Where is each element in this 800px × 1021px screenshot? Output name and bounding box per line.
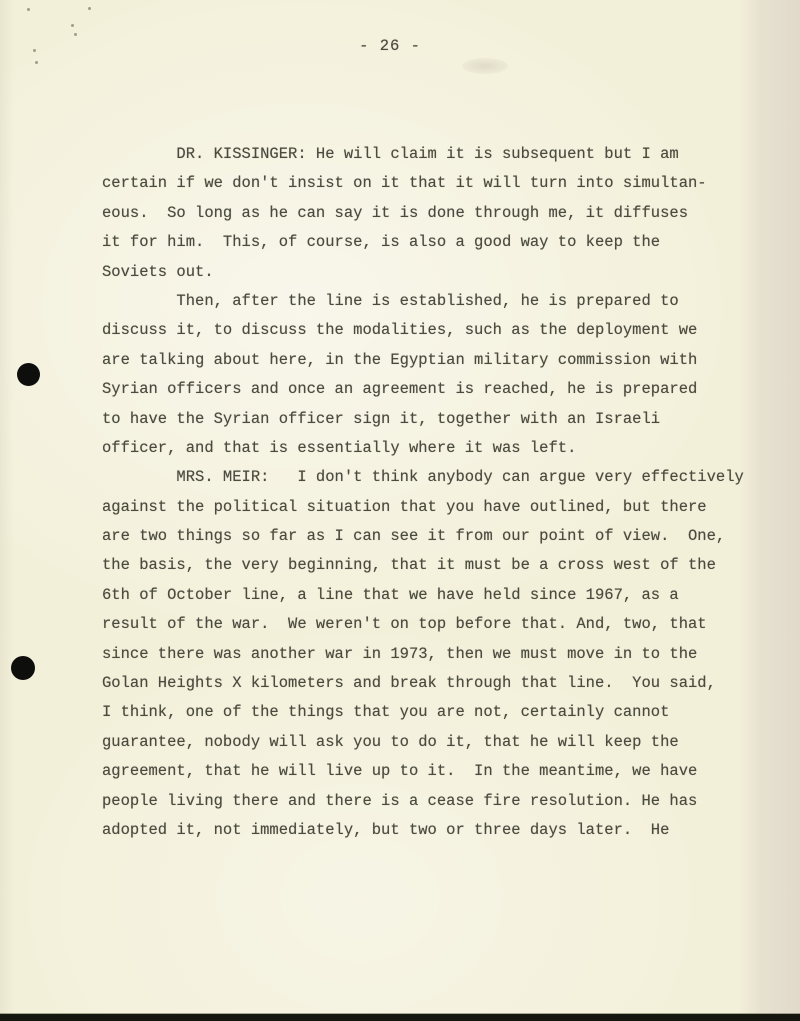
scan-smudge [462, 58, 508, 74]
text-line: agreement, that he will live up to it. I… [102, 757, 762, 786]
text-line: Syrian officers and once an agreement is… [102, 375, 762, 404]
text-line: officer, and that is essentially where i… [102, 434, 762, 463]
document-text: DR. KISSINGER: He will claim it is subse… [102, 140, 762, 845]
text-line: Soviets out. [102, 258, 762, 287]
text-line: discuss it, to discuss the modalities, s… [102, 316, 762, 345]
hole-punch-top [17, 363, 40, 386]
text-line: 6th of October line, a line that we have… [102, 581, 762, 610]
page-edge-shadow-left [0, 0, 14, 1021]
text-line: MRS. MEIR: I don't think anybody can arg… [102, 463, 762, 492]
speckle [35, 61, 38, 64]
text-line: against the political situation that you… [102, 493, 762, 522]
page-number: - 26 - [330, 37, 450, 55]
speckle [71, 24, 74, 27]
scan-bottom-edge [0, 1014, 800, 1021]
text-line: Golan Heights X kilometers and break thr… [102, 669, 762, 698]
text-line: it for him. This, of course, is also a g… [102, 228, 762, 257]
text-line: the basis, the very beginning, that it m… [102, 551, 762, 580]
scanned-page: - 26 - DR. KISSINGER: He will claim it i… [0, 0, 800, 1021]
speckle [27, 8, 30, 11]
text-line: certain if we don't insist on it that it… [102, 169, 762, 198]
text-line: adopted it, not immediately, but two or … [102, 816, 762, 845]
text-line: result of the war. We weren't on top bef… [102, 610, 762, 639]
text-line: DR. KISSINGER: He will claim it is subse… [102, 140, 762, 169]
text-line: people living there and there is a cease… [102, 787, 762, 816]
speckle [74, 33, 77, 36]
text-line: I think, one of the things that you are … [102, 698, 762, 727]
speckle [33, 49, 36, 52]
text-line: to have the Syrian officer sign it, toge… [102, 405, 762, 434]
text-line: since there was another war in 1973, the… [102, 640, 762, 669]
text-line: are two things so far as I can see it fr… [102, 522, 762, 551]
text-line: Then, after the line is established, he … [102, 287, 762, 316]
text-line: guarantee, nobody will ask you to do it,… [102, 728, 762, 757]
text-line: are talking about here, in the Egyptian … [102, 346, 762, 375]
hole-punch-bottom [11, 656, 35, 680]
text-line: eous. So long as he can say it is done t… [102, 199, 762, 228]
speckle [88, 7, 91, 10]
